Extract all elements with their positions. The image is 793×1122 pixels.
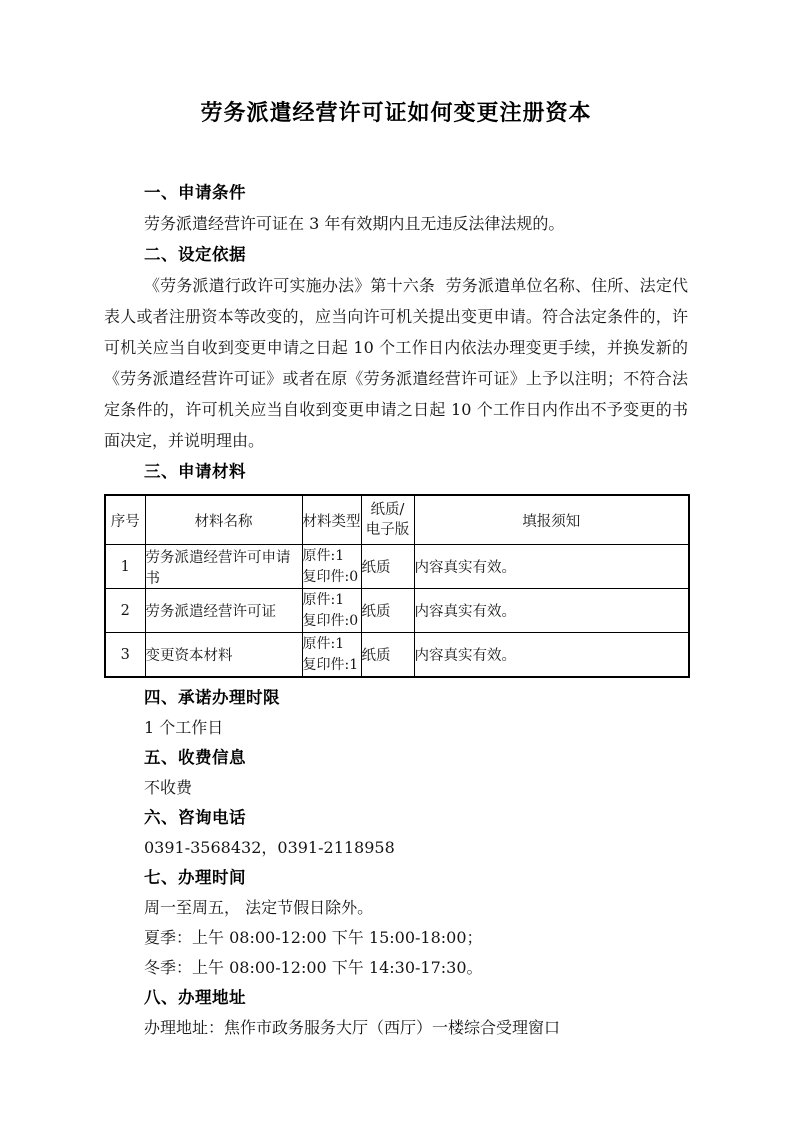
para-phone-numbers: 0391-3568432，0391-2118958 [104,833,688,863]
table-row: 1 劳务派遣经营许可申请书 原件:1 复印件:0 纸质 内容真实有效。 [105,545,689,589]
cell-index: 2 [105,589,145,633]
cell-material-type: 原件:1 复印件:0 [302,545,361,589]
section-time-limit: 四、承诺办理时限 1 个工作日 [104,683,688,743]
col-header-material-name: 材料名称 [145,495,302,545]
cell-material-type: 原件:1 复印件:0 [302,589,361,633]
para-legal-basis: 《劳务派遣行政许可实施办法》第十六条 劳务派遣单位名称、住所、法定代表人或者注册… [104,270,688,456]
heading-office-hours: 七、办理时间 [104,863,688,893]
heading-application-conditions: 一、申请条件 [104,177,688,208]
cell-material-name: 劳务派遣经营许可证 [145,589,302,633]
cell-filing-note: 内容真实有效。 [414,589,689,633]
cell-filing-note: 内容真实有效。 [414,633,689,678]
cell-material-name: 变更资本材料 [145,633,302,678]
section-application-materials: 三、申请材料 序号 材料名称 材料类型 纸质/ 电子版 填报须知 [104,456,688,678]
col-header-index: 序号 [105,495,145,545]
section-address: 八、办理地址 办理地址：焦作市政务服务大厅（西厅）一楼综合受理窗口 [104,983,688,1043]
heading-legal-basis: 二、设定依据 [104,239,688,270]
cell-medium: 纸质 [361,589,414,633]
para-workdays: 周一至周五， 法定节假日除外。 [104,893,688,923]
cell-filing-note: 内容真实有效。 [414,545,689,589]
para-winter-hours: 冬季：上午 08:00-12:00 下午 14:30-17:30。 [104,953,688,983]
cell-index: 1 [105,545,145,589]
heading-application-materials: 三、申请材料 [104,456,688,487]
cell-material-type: 原件:1 复印件:1 [302,633,361,678]
table-row: 3 变更资本材料 原件:1 复印件:1 纸质 内容真实有效。 [105,633,689,678]
section-phone: 六、咨询电话 0391-3568432，0391-2118958 [104,803,688,863]
cell-medium: 纸质 [361,633,414,678]
materials-table-header-row: 序号 材料名称 材料类型 纸质/ 电子版 填报须知 [105,495,689,545]
heading-phone: 六、咨询电话 [104,803,688,833]
para-application-conditions: 劳务派遣经营许可证在 3 年有效期内且无违反法律法规的。 [104,208,688,239]
title-spacer [104,131,688,177]
document-content: 劳务派遣经营许可证如何变更注册资本 一、申请条件 劳务派遣经营许可证在 3 年有… [104,0,688,1043]
document-page: 劳务派遣经营许可证如何变更注册资本 一、申请条件 劳务派遣经营许可证在 3 年有… [0,0,793,1122]
col-header-filing-notes: 填报须知 [414,495,689,545]
materials-table: 序号 材料名称 材料类型 纸质/ 电子版 填报须知 1 劳务派遣经营许可申请书 … [104,494,690,678]
table-row: 2 劳务派遣经营许可证 原件:1 复印件:0 纸质 内容真实有效。 [105,589,689,633]
section-application-conditions: 一、申请条件 劳务派遣经营许可证在 3 年有效期内且无违反法律法规的。 [104,177,688,239]
cell-material-name: 劳务派遣经营许可申请书 [145,545,302,589]
section-office-hours: 七、办理时间 周一至周五， 法定节假日除外。 夏季：上午 08:00-12:00… [104,863,688,983]
heading-fee-info: 五、收费信息 [104,743,688,773]
post-table-sections: 四、承诺办理时限 1 个工作日 五、收费信息 不收费 六、咨询电话 0391-3… [104,683,688,1043]
col-header-medium: 纸质/ 电子版 [361,495,414,545]
cell-index: 3 [105,633,145,678]
page-title: 劳务派遣经营许可证如何变更注册资本 [104,97,688,131]
col-header-material-type: 材料类型 [302,495,361,545]
para-summer-hours: 夏季：上午 08:00-12:00 下午 15:00-18:00； [104,923,688,953]
section-fee-info: 五、收费信息 不收费 [104,743,688,803]
section-legal-basis: 二、设定依据 《劳务派遣行政许可实施办法》第十六条 劳务派遣单位名称、住所、法定… [104,239,688,456]
heading-address: 八、办理地址 [104,983,688,1013]
heading-time-limit: 四、承诺办理时限 [104,683,688,713]
cell-medium: 纸质 [361,545,414,589]
para-time-limit: 1 个工作日 [104,713,688,743]
para-address: 办理地址：焦作市政务服务大厅（西厅）一楼综合受理窗口 [104,1013,688,1043]
para-fee-info: 不收费 [104,773,688,803]
